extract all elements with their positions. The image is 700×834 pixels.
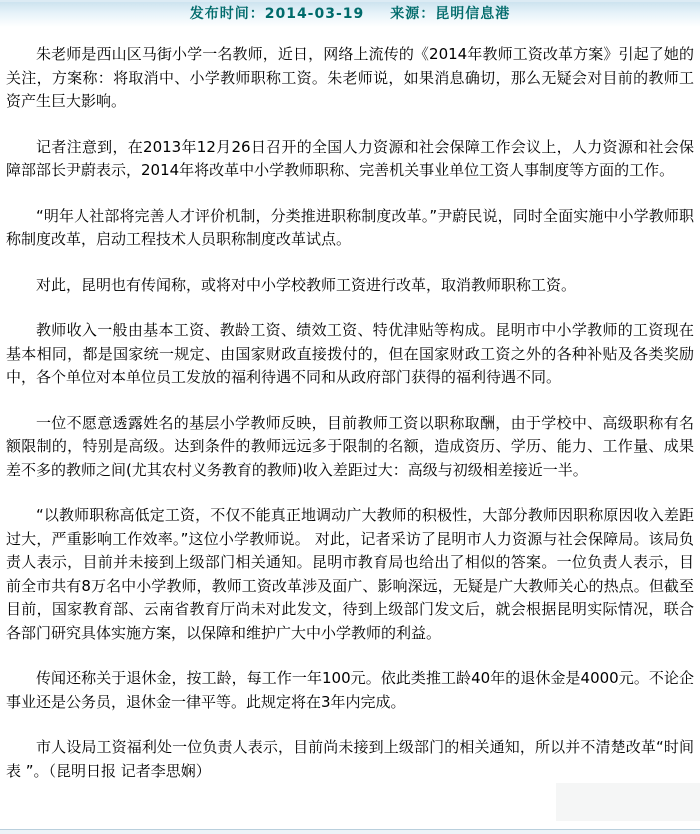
article-paragraph: 市人设局工资福利处一位负责人表示，目前尚未接到上级部门的相关通知，所以并不清楚改… (6, 736, 694, 783)
source-label: 来源： (390, 6, 435, 22)
source-value: 昆明信息港 (435, 6, 510, 22)
article-paragraph: “明年人社部将完善人才评价机制，分类推进职称制度改革。”尹蔚民说，同时全面实施中… (6, 205, 694, 252)
article-paragraph: 记者注意到，在2013年12月26日召开的全国人力资源和社会保障工作会议上，人力… (6, 136, 694, 183)
watermark-overlay (556, 783, 700, 821)
article-paragraph: 对此，昆明也有传闻称，或将对中小学校教师工资进行改革，取消教师职称工资。 (6, 274, 694, 298)
article-paragraph: “以教师职称高低定工资，不仅不能真正地调动广大教师的积极性，大部分教师因职称原因… (6, 504, 694, 645)
publish-time-label: 发布时间： (190, 6, 265, 22)
article-paragraph: 一位不愿意透露姓名的基层小学教师反映，目前教师工资以职称取酬，由于学校中、高级职… (6, 412, 694, 483)
article-meta-bar: 发布时间：2014-03-19来源：昆明信息港 (0, 0, 700, 27)
article-paragraph: 教师收入一般由基本工资、教龄工资、绩效工资、特优津贴等构成。昆明市中小学教师的工… (6, 319, 694, 390)
bottom-divider (0, 829, 700, 834)
article-paragraph: 传闻还称关于退休金，按工龄，每工作一年100元。依此类推工龄40年的退休金是40… (6, 667, 694, 714)
article-body: 朱老师是西山区马街小学一名教师，近日，网络上流传的《2014年教师工资改革方案》… (0, 27, 700, 783)
publish-time-value: 2014-03-19 (265, 6, 365, 22)
article-paragraph: 朱老师是西山区马街小学一名教师，近日，网络上流传的《2014年教师工资改革方案》… (6, 43, 694, 114)
